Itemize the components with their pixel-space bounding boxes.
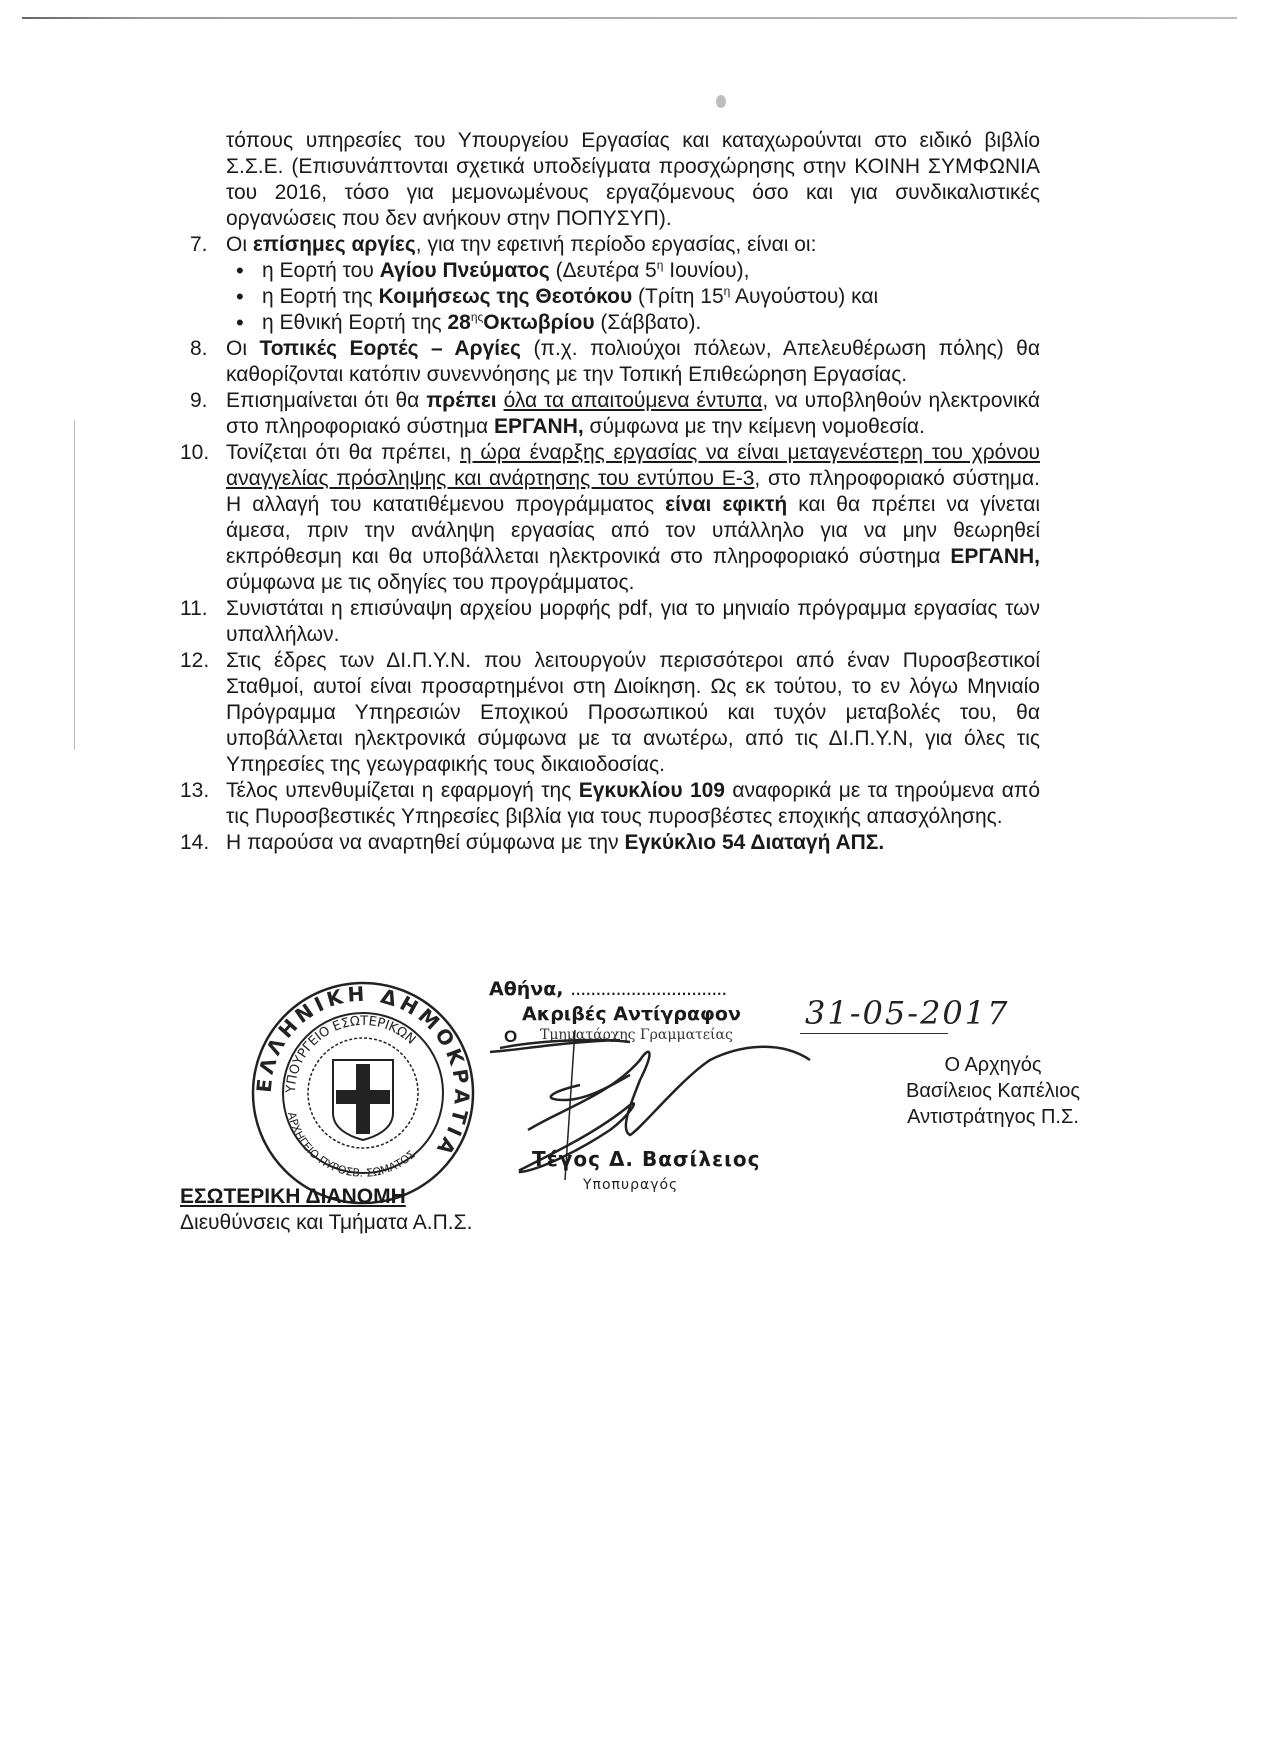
- scan-speck: [716, 95, 726, 108]
- list-item-11: 11. Συνιστάται η επισύναψη αρχείου μορφή…: [180, 596, 1040, 648]
- holiday-bullet: η Εορτή του Αγίου Πνεύματος (Δευτέρα 5η …: [180, 258, 1040, 284]
- holiday-bullet: η Εορτή της Κοιμήσεως της Θεοτόκου (Τρίτ…: [180, 284, 1040, 310]
- chief-name: Βασίλειος Καπέλιος: [873, 1078, 1113, 1104]
- distribution-title: ΕΣΩΤΕΡΙΚΗ ΔΙΑΝΟΜΗ: [180, 1185, 406, 1209]
- chief-rank: Αντιστράτηγος Π.Σ.: [873, 1104, 1113, 1130]
- holiday-list: η Εορτή του Αγίου Πνεύματος (Δευτέρα 5η …: [180, 258, 1040, 336]
- chief-title: Ο Αρχηγός: [873, 1052, 1113, 1078]
- chief-signature-block: Ο Αρχηγός Βασίλειος Καπέλιος Αντιστράτηγ…: [873, 1052, 1113, 1130]
- document-body: τόπους υπηρεσίες του Υπουργείου Εργασίας…: [180, 128, 1040, 856]
- list-item-14: 14. Η παρούσα να αναρτηθεί σύμφωνα με τη…: [180, 830, 1040, 856]
- place-date-line: Αθήνα, ...............................: [489, 978, 726, 1000]
- list-item-7: 7. Οι επίσημες αργίες, για την εφετινή π…: [180, 232, 1040, 258]
- list-item-13: 13. Τέλος υπενθυμίζεται η εφαρμογή της Ε…: [180, 778, 1040, 830]
- handwritten-date: 31-05-2017: [805, 994, 1010, 1032]
- certified-copy-signatory: Τέγος Δ. Βασίλειος: [532, 1147, 761, 1171]
- scan-margin-line: [74, 420, 75, 750]
- official-seal-icon: ΕΛΛΗΝΙΚΗ ΔΗΜΟΚΡΑΤΙΑ ΥΠΟΥΡΓΕΙΟ ΕΣΩΤΕΡΙΚΩΝ…: [248, 978, 478, 1208]
- date-underline: [800, 1033, 948, 1034]
- list-item-10: 10. Τονίζεται ότι θα πρέπει, η ώρα έναρξ…: [180, 440, 1040, 596]
- intro-paragraph: τόπους υπηρεσίες του Υπουργείου Εργασίας…: [180, 128, 1040, 232]
- list-item-8: 8. Οι Τοπικές Εορτές – Αργίες (π.χ. πολι…: [180, 336, 1040, 388]
- distribution-recipients: Διευθύνσεις και Τμήματα Α.Π.Σ.: [180, 1211, 472, 1235]
- scan-top-edge: [22, 17, 1237, 19]
- certified-copy-rank: Υποπυραγός: [583, 1177, 678, 1193]
- list-item-9: 9. Επισημαίνεται ότι θα πρέπει όλα τα απ…: [180, 388, 1040, 440]
- holiday-bullet: η Εθνική Εορτή της 28ηςΟκτωβρίου (Σάββατ…: [180, 310, 1040, 336]
- list-item-12: 12. Στις έδρες των ΔΙ.Π.Υ.Ν. που λειτουρ…: [180, 648, 1040, 778]
